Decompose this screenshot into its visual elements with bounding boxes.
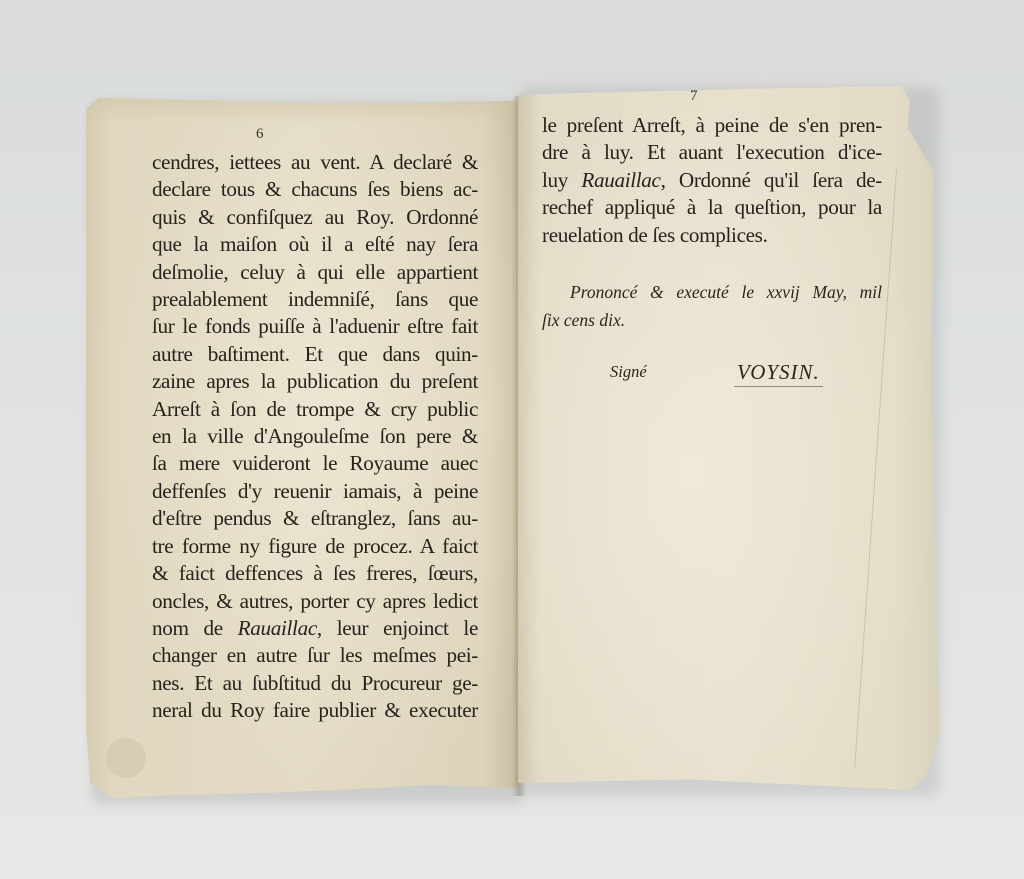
text-line: Prononcé & executé le xxvij May, mil bbox=[542, 278, 882, 306]
text-line: en la ville d'Angouleſme ſon pere & bbox=[152, 423, 478, 450]
italic-name: Rauaillac bbox=[581, 168, 660, 192]
italic-name: Rauaillac bbox=[238, 616, 317, 640]
text-line: zaine apres la publication du preſent bbox=[152, 368, 478, 395]
text-line: reuelation de ſes complices. bbox=[542, 222, 882, 249]
text-line: & faict deffences à ſes freres, ſœurs, bbox=[152, 560, 478, 587]
text-line: quis & confiſquez au Roy. Ordonné bbox=[152, 204, 478, 231]
photo-scene: 6 cendres, iettees au vent. A declaré & … bbox=[0, 0, 1024, 879]
text-line: luy Rauaillac, Ordonné qu'il ſera de- bbox=[542, 167, 882, 194]
right-page: 7 le preſent Arreſt, à peine de s'en pre… bbox=[518, 86, 944, 790]
text-line: d'eſtre pendus & eſtranglez, ſans au- bbox=[152, 505, 478, 532]
text-line: ſa mere vuideront le Royaume auec bbox=[152, 450, 478, 477]
text-line: prealablement indemniſé, ſans que bbox=[152, 286, 478, 313]
text-line: changer en autre ſur les meſmes pei- bbox=[152, 642, 478, 669]
page-number-right: 7 bbox=[690, 88, 698, 105]
text-line: ſur le fonds puiſſe à l'aduenir eſtre fa… bbox=[152, 313, 478, 340]
right-page-text: le preſent Arreſt, à peine de s'en pren-… bbox=[542, 112, 882, 249]
text-line: dre à luy. Et auant l'execution d'ice- bbox=[542, 139, 882, 166]
text-line: tre forme ny figure de procez. A faict bbox=[152, 533, 478, 560]
text-line: le preſent Arreſt, à peine de s'en pren- bbox=[542, 112, 882, 139]
text-line: deffenſes d'y reuenir iamais, à peine bbox=[152, 478, 478, 505]
text-line: oncles, & autres, porter cy apres ledict bbox=[152, 588, 478, 615]
left-page: 6 cendres, iettees au vent. A declaré & … bbox=[86, 98, 518, 798]
text-line: autre baſtiment. Et que dans quin- bbox=[152, 341, 478, 368]
text-line: ſix cens dix. bbox=[542, 306, 882, 334]
text-line: que la maiſon où il a eſté nay ſera bbox=[152, 231, 478, 258]
pronouncement-text: Prononcé & executé le xxvij May, mil ſix… bbox=[542, 278, 882, 334]
text-line: neral du Roy faire publier & executer bbox=[152, 697, 478, 724]
signer-name: VOYSIN. bbox=[734, 360, 823, 387]
signature-row: Signé VOYSIN. bbox=[610, 362, 870, 392]
text-line: declare tous & chacuns ſes biens ac- bbox=[152, 176, 478, 203]
signed-label: Signé bbox=[610, 362, 647, 382]
page-number-left: 6 bbox=[256, 126, 264, 143]
text-line: deſmolie, celuy à qui elle appartient bbox=[152, 259, 478, 286]
text-line: Arreſt à ſon de trompe & cry public bbox=[152, 396, 478, 423]
left-page-text: cendres, iettees au vent. A declaré & de… bbox=[152, 149, 478, 725]
text-line: cendres, iettees au vent. A declaré & bbox=[152, 149, 478, 176]
text-line: nom de Rauaillac, leur enjoinct le bbox=[152, 615, 478, 642]
text-line: rechef appliqué à la queſtion, pour la bbox=[542, 194, 882, 221]
text-line: nes. Et au ſubſtitud du Procureur ge- bbox=[152, 670, 478, 697]
paper-stain bbox=[106, 738, 146, 778]
